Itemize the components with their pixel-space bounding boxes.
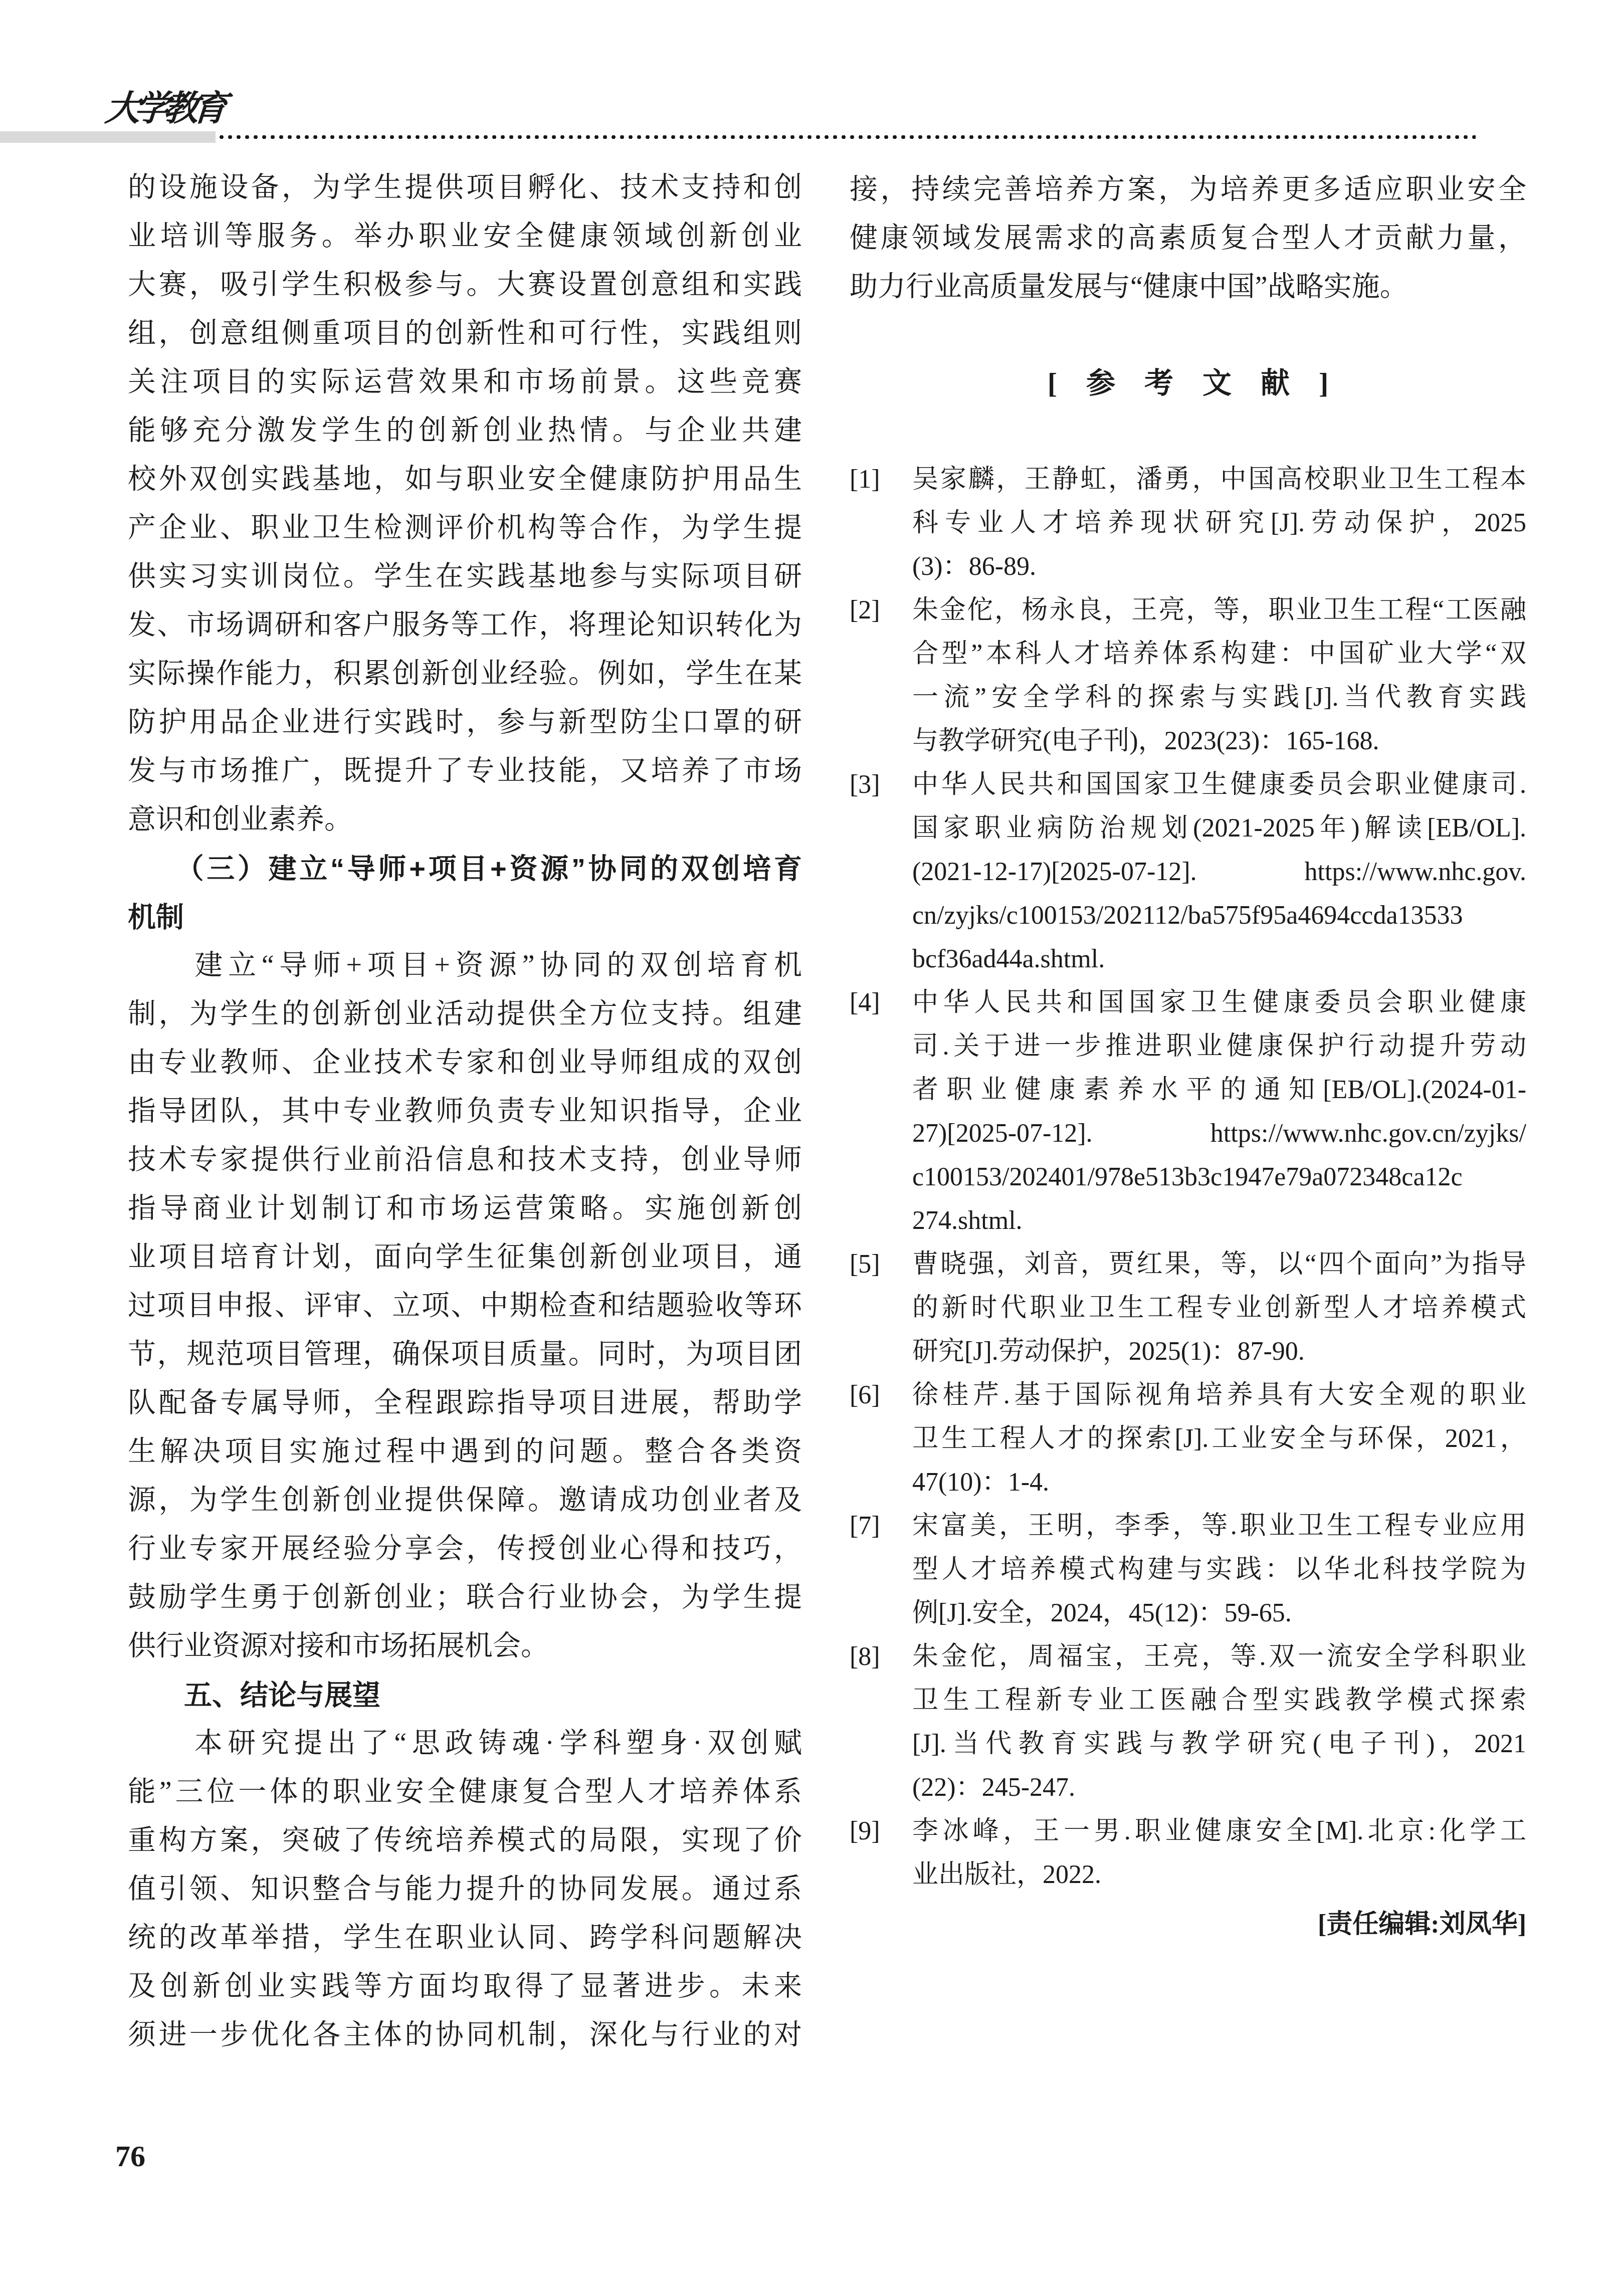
reference-line: 卫生工程人才的探索[J].工业安全与环保，2021， bbox=[912, 1417, 1526, 1460]
text-line: 重构方案，突破了传统培养模式的局限，实现了价 bbox=[128, 1816, 802, 1865]
text-line: 指导团队，其中专业教师负责专业知识指导，企业 bbox=[128, 1087, 802, 1136]
text-line: 行业专家开展经验分享会，传授创业心得和技巧， bbox=[128, 1525, 802, 1573]
reference-line: 例[J].安全，2024，45(12)：59-65. bbox=[912, 1591, 1526, 1635]
reference-item: [9]李冰峰，王一男.职业健康安全[M].北京:化学工业出版社，2022. bbox=[850, 1809, 1526, 1897]
text-line: 实际操作能力，积累创新创业经验。例如，学生在某 bbox=[128, 650, 802, 698]
left-column: 的设施设备，为学生提供项目孵化、技术支持和创业培训等服务。举办职业安全健康领域创… bbox=[128, 163, 802, 2059]
text-line: 队配备专属导师，全程跟踪指导项目进展，帮助学 bbox=[128, 1379, 802, 1427]
reference-line: (22)：245-247. bbox=[912, 1766, 1526, 1809]
text-line: 助力行业高质量发展与“健康中国”战略实施。 bbox=[850, 263, 1526, 311]
header-dotted-rule bbox=[218, 131, 1476, 143]
text-line: 生解决项目实施过程中遇到的问题。整合各类资 bbox=[128, 1427, 802, 1476]
text-line: 节，规范项目管理，确保项目质量。同时，为项目团 bbox=[128, 1330, 802, 1379]
text-line: 指导商业计划制订和市场运营策略。实施创新创 bbox=[128, 1184, 802, 1233]
text-line: 由专业教师、企业技术专家和创业导师组成的双创 bbox=[128, 1038, 802, 1087]
right-column: 接，持续完善培养方案，为培养更多适应职业安全健康领域发展需求的高素质复合型人才贡… bbox=[850, 165, 1526, 1946]
reference-line: 卫生工程新专业工医融合型实践教学模式探索 bbox=[912, 1679, 1526, 1722]
header-accent-bar bbox=[0, 131, 216, 143]
text-line: 过项目申报、评审、立项、中期检查和结题验收等环 bbox=[128, 1282, 802, 1330]
text-line: 值引领、知识整合与能力提升的协同发展。通过系 bbox=[128, 1865, 802, 1914]
text-line: 业项目培育计划，面向学生征集创新创业项目，通 bbox=[128, 1233, 802, 1282]
reference-line: 朱金佗，周福宝，王亮，等.双一流安全学科职业 bbox=[912, 1635, 1526, 1679]
reference-line: 中华人民共和国国家卫生健康委员会职业健康 bbox=[912, 981, 1526, 1024]
editor-note: [责任编辑:刘凤华] bbox=[850, 1903, 1526, 1946]
reference-label: [4] bbox=[850, 981, 880, 1024]
journal-logo: 大学教育 bbox=[103, 80, 223, 131]
reference-line: 科专业人才培养现状研究[J].劳动保护，2025 bbox=[912, 501, 1526, 545]
text-line: 本研究提出了“思政铸魂·学科塑身·双创赋 bbox=[128, 1719, 802, 1768]
journal-page: 大学教育 的设施设备，为学生提供项目孵化、技术支持和创业培训等服务。举办职业安全… bbox=[0, 0, 1614, 2296]
reference-item: [4]中华人民共和国国家卫生健康委员会职业健康司.关于进一步推进职业健康保护行动… bbox=[850, 981, 1526, 1242]
reference-item: [8]朱金佗，周福宝，王亮，等.双一流安全学科职业卫生工程新专业工医融合型实践教… bbox=[850, 1635, 1526, 1809]
text-line: 的设施设备，为学生提供项目孵化、技术支持和创 bbox=[128, 163, 802, 212]
reference-label: [7] bbox=[850, 1504, 880, 1548]
reference-line: 者职业健康素养水平的通知[EB/OL].(2024-01- bbox=[912, 1068, 1526, 1112]
text-line: 能够充分激发学生的创新创业热情。与企业共建 bbox=[128, 406, 802, 455]
reference-item: [5]曹晓强，刘音，贾红果，等，以“四个面向”为指导的新时代职业卫生工程专业创新… bbox=[850, 1242, 1526, 1373]
right-column-body: 接，持续完善培养方案，为培养更多适应职业安全健康领域发展需求的高素质复合型人才贡… bbox=[850, 165, 1526, 311]
section-heading-line: （三）建立“导师+项目+资源”协同的双创培育 bbox=[128, 844, 802, 893]
text-line: 技术专家提供行业前沿信息和技术支持，创业导师 bbox=[128, 1136, 802, 1184]
reference-line: 吴家麟，王静虹，潘勇，中国高校职业卫生工程本 bbox=[912, 458, 1526, 501]
reference-line: 徐桂芹.基于国际视角培养具有大安全观的职业 bbox=[912, 1373, 1526, 1417]
text-line: 能”三位一体的职业安全健康复合型人才培养体系 bbox=[128, 1768, 802, 1816]
text-line: 校外双创实践基地，如与职业安全健康防护用品生 bbox=[128, 455, 802, 504]
reference-line: cn/zyjks/c100153/202112/ba575f95a4694ccd… bbox=[912, 894, 1526, 937]
reference-line: bcf36ad44a.shtml. bbox=[912, 937, 1526, 981]
reference-item: [1]吴家麟，王静虹，潘勇，中国高校职业卫生工程本科专业人才培养现状研究[J].… bbox=[850, 458, 1526, 588]
reference-line: 与教学研究(电子刊)，2023(23)：165-168. bbox=[912, 719, 1526, 763]
reference-label: [2] bbox=[850, 588, 880, 632]
text-line: 供实习实训岗位。学生在实践基地参与实际项目研 bbox=[128, 552, 802, 601]
reference-line: 国家职业病防治规划(2021-2025年)解读[EB/OL]. bbox=[912, 806, 1526, 850]
reference-line: 研究[J].劳动保护，2025(1)：87-90. bbox=[912, 1330, 1526, 1373]
reference-line: 合型”本科人才培养体系构建：中国矿业大学“双 bbox=[912, 632, 1526, 676]
reference-line: [J].当代教育实践与教学研究(电子刊)，2021 bbox=[912, 1722, 1526, 1766]
reference-label: [8] bbox=[850, 1635, 880, 1679]
text-line: 大赛，吸引学生积极参与。大赛设置创意组和实践 bbox=[128, 261, 802, 309]
reference-line: 型人才培养模式构建与实践：以华北科技学院为 bbox=[912, 1548, 1526, 1591]
reference-item: [6]徐桂芹.基于国际视角培养具有大安全观的职业卫生工程人才的探索[J].工业安… bbox=[850, 1373, 1526, 1504]
reference-line: c100153/202401/978e513b3c1947e79a072348c… bbox=[912, 1155, 1526, 1199]
text-line: 组，创意组侧重项目的创新性和可行性，实践组则 bbox=[128, 309, 802, 358]
text-line: 建立“导师+项目+资源”协同的双创培育机 bbox=[128, 941, 802, 990]
text-line: 发与市场推广，既提升了专业技能，又培养了市场 bbox=[128, 747, 802, 795]
text-line: 及创新创业实践等方面均取得了显著进步。未来 bbox=[128, 1962, 802, 2011]
reference-line: 中华人民共和国国家卫生健康委员会职业健康司. bbox=[912, 763, 1526, 806]
text-line: 须进一步优化各主体的协同机制，深化与行业的对 bbox=[128, 2011, 802, 2059]
reference-item: [2]朱金佗，杨永良，王亮，等，职业卫生工程“工医融合型”本科人才培养体系构建：… bbox=[850, 588, 1526, 763]
reference-line: 李冰峰，王一男.职业健康安全[M].北京:化学工 bbox=[912, 1809, 1526, 1853]
text-line: 防护用品企业进行实践时，参与新型防尘口罩的研 bbox=[128, 698, 802, 747]
reference-line: 274.shtml. bbox=[912, 1199, 1526, 1242]
text-line: 供行业资源对接和市场拓展机会。 bbox=[128, 1622, 802, 1671]
reference-line: 曹晓强，刘音，贾红果，等，以“四个面向”为指导 bbox=[912, 1242, 1526, 1286]
reference-item: [7]宋富美，王明，李季，等.职业卫生工程专业应用型人才培养模式构建与实践：以华… bbox=[850, 1504, 1526, 1635]
reference-label: [3] bbox=[850, 763, 880, 806]
reference-label: [5] bbox=[850, 1242, 880, 1286]
reference-line: 朱金佗，杨永良，王亮，等，职业卫生工程“工医融 bbox=[912, 588, 1526, 632]
text-line: 意识和创业素养。 bbox=[128, 795, 802, 844]
reference-line: (2021-12-17)[2025-07-12]. https://www.nh… bbox=[912, 850, 1526, 894]
reference-item: [3]中华人民共和国国家卫生健康委员会职业健康司.国家职业病防治规划(2021-… bbox=[850, 763, 1526, 981]
section-heading-line: 机制 bbox=[128, 893, 802, 941]
reference-line: (3)：86-89. bbox=[912, 545, 1526, 588]
reference-line: 27)[2025-07-12]. https://www.nhc.gov.cn/… bbox=[912, 1112, 1526, 1155]
text-line: 制，为学生的创新创业活动提供全方位支持。组建 bbox=[128, 990, 802, 1038]
reference-line: 47(10)：1-4. bbox=[912, 1460, 1526, 1504]
reference-line: 业出版社，2022. bbox=[912, 1853, 1526, 1897]
text-line: 接，持续完善培养方案，为培养更多适应职业安全 bbox=[850, 165, 1526, 214]
references-heading: [ 参 考 文 献 ] bbox=[850, 361, 1526, 406]
reference-label: [1] bbox=[850, 458, 880, 501]
reference-label: [6] bbox=[850, 1373, 880, 1417]
text-line: 统的改革举措，学生在职业认同、跨学科问题解决 bbox=[128, 1914, 802, 1962]
reference-label: [9] bbox=[850, 1809, 880, 1853]
text-line: 产企业、职业卫生检测评价机构等合作，为学生提 bbox=[128, 504, 802, 552]
reference-line: 一流”安全学科的探索与实践[J].当代教育实践 bbox=[912, 676, 1526, 719]
text-line: 关注项目的实际运营效果和市场前景。这些竞赛 bbox=[128, 358, 802, 406]
text-line: 鼓励学生勇于创新创业；联合行业协会，为学生提 bbox=[128, 1573, 802, 1622]
references-list: [1]吴家麟，王静虹，潘勇，中国高校职业卫生工程本科专业人才培养现状研究[J].… bbox=[850, 458, 1526, 1897]
text-line: 源，为学生创新创业提供保障。邀请成功创业者及 bbox=[128, 1476, 802, 1525]
reference-line: 的新时代职业卫生工程专业创新型人才培养模式 bbox=[912, 1286, 1526, 1330]
reference-line: 司.关于进一步推进职业健康保护行动提升劳动 bbox=[912, 1024, 1526, 1068]
section-heading-line: 五、结论与展望 bbox=[128, 1671, 802, 1719]
text-line: 业培训等服务。举办职业安全健康领域创新创业 bbox=[128, 212, 802, 261]
page-number: 76 bbox=[115, 2139, 145, 2174]
text-line: 发、市场调研和客户服务等工作，将理论知识转化为 bbox=[128, 601, 802, 650]
text-line: 健康领域发展需求的高素质复合型人才贡献力量， bbox=[850, 214, 1526, 263]
reference-line: 宋富美，王明，李季，等.职业卫生工程专业应用 bbox=[912, 1504, 1526, 1548]
